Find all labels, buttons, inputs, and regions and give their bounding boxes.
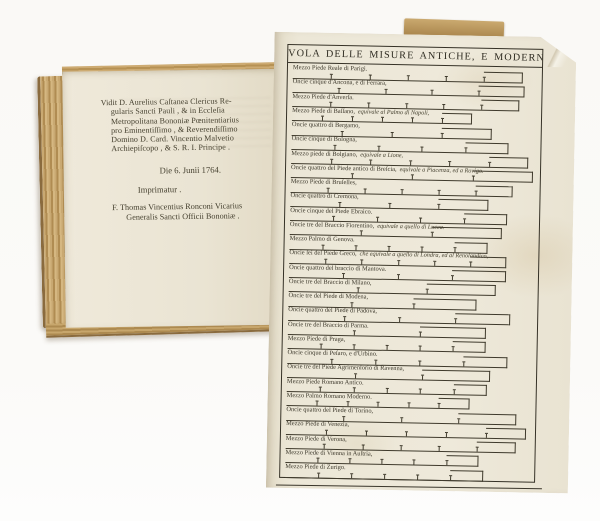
ruler-tick [352, 117, 353, 121]
paragraph-line: Archiepiſcopo , & S. R. I. Principe . [101, 142, 293, 154]
frame-bottom-rule [276, 485, 542, 490]
measures-list: Mezzo Piede Reale di Parigi. Oncie cinqu… [280, 63, 542, 481]
ruler-tick [347, 402, 348, 406]
ruler-tick [369, 75, 370, 79]
ruler-tick [358, 289, 359, 293]
ruler-tick [344, 417, 345, 421]
ruler-tick [417, 475, 418, 479]
ruler-tick [388, 246, 389, 250]
vicarius-line: Generalis Sancti Officii Bononiæ . [126, 211, 239, 222]
ruler-tick [354, 331, 355, 335]
imprimatur-line: Imprimatur . [138, 184, 182, 195]
ruler-tick [342, 132, 343, 136]
ruler-tick [320, 388, 321, 392]
ruler-tick [366, 431, 367, 435]
ruler-tick [420, 390, 421, 394]
ruler-tick [421, 247, 422, 251]
ruler-tick [317, 402, 318, 406]
ruler-tick [362, 445, 363, 449]
foldout-plate: TAVOLA DELLE MISURE ANTICHE, E MODERNE. … [266, 32, 577, 494]
ruler-tick [344, 317, 345, 321]
imprimatur-paragraph: Vidit D. Aurelius Caſtanea Clericus Re- … [101, 96, 294, 154]
ruler-tick [382, 118, 383, 122]
ruler-tick [444, 105, 445, 109]
ruler-tick [351, 303, 352, 307]
ruler-tick [350, 459, 351, 463]
ruler-tick [320, 345, 321, 349]
ruler-tick [328, 188, 329, 192]
ruler-tick [378, 403, 379, 407]
ruler-tick [339, 89, 340, 93]
ruler-tick [385, 90, 386, 94]
ruler-tick [382, 460, 383, 464]
ruler-tick [446, 77, 447, 81]
ruler-tick [406, 104, 407, 108]
ruler-tick [343, 274, 344, 278]
ruler-tick [412, 176, 413, 180]
ruler-tick [325, 259, 326, 263]
ruler-tick [387, 389, 388, 393]
ruler-tick [317, 459, 318, 463]
ruler-tick [362, 260, 363, 264]
ruler-tick [401, 418, 402, 422]
ruler-tick [419, 347, 420, 351]
ruler-tick [420, 219, 421, 223]
ruler-tick [335, 146, 336, 150]
ruler-tick [353, 346, 354, 350]
ruler-tick [399, 318, 400, 322]
ruler-tick [422, 147, 423, 151]
date-line: Die 6. Junii 1764. [160, 165, 221, 176]
ruler-tick [400, 446, 401, 450]
ruler-tick [355, 246, 356, 250]
ruler-tick [322, 117, 323, 121]
ruler-tick [370, 161, 371, 165]
ruler-tick [378, 146, 379, 150]
ruler-tick [402, 190, 403, 194]
ruler-tick [331, 74, 332, 78]
ruler-tick [439, 447, 440, 451]
ruler-tick [439, 190, 440, 194]
ruler-tick [333, 217, 334, 221]
ruler-tick [406, 432, 407, 436]
ruler-tick [375, 360, 376, 364]
ruler-tick [398, 261, 399, 265]
photo-of-open-book: Vidit D. Aurelius Caſtanea Clericus Re- … [0, 0, 600, 521]
ruler-tick [398, 275, 399, 279]
table-frame: TAVOLA DELLE MISURE ANTICHE, E MODERNE. … [279, 44, 543, 483]
ruler-tick [386, 346, 387, 350]
ruler-tick [318, 473, 319, 477]
ruler-tick [353, 388, 354, 392]
ruler-tick [326, 431, 327, 435]
ruler-tick [330, 103, 331, 107]
ruler-tick [446, 433, 447, 437]
ruler-tick [432, 90, 433, 94]
ruler-tick [322, 245, 323, 249]
ruler-tick [365, 189, 366, 193]
ruler-tick [412, 119, 413, 123]
ruler-tick [389, 204, 390, 208]
ruler-tick [384, 474, 385, 478]
ruler-tick [355, 374, 356, 378]
ruler-tick [377, 218, 378, 222]
ruler-tick [414, 461, 415, 465]
ruler-tick [351, 174, 352, 178]
measure-ruler [285, 470, 483, 481]
ruler-tick [361, 232, 362, 236]
ruler-tick [408, 76, 409, 80]
ruler-tick [368, 104, 369, 108]
ruler-end-step [450, 470, 483, 482]
ruler-tick [419, 361, 420, 365]
ruler-end-step [442, 113, 472, 125]
ruler-tick [340, 203, 341, 207]
ruler-tick [324, 445, 325, 449]
ruler-tick [410, 161, 411, 165]
ruler-tick [331, 160, 332, 164]
ruler-tick [434, 262, 435, 266]
ruler-tick [331, 359, 332, 363]
ruler-tick [449, 162, 450, 166]
ruler-tick [351, 474, 352, 478]
ruler-tick [408, 404, 409, 408]
ruler-tick [392, 132, 393, 136]
